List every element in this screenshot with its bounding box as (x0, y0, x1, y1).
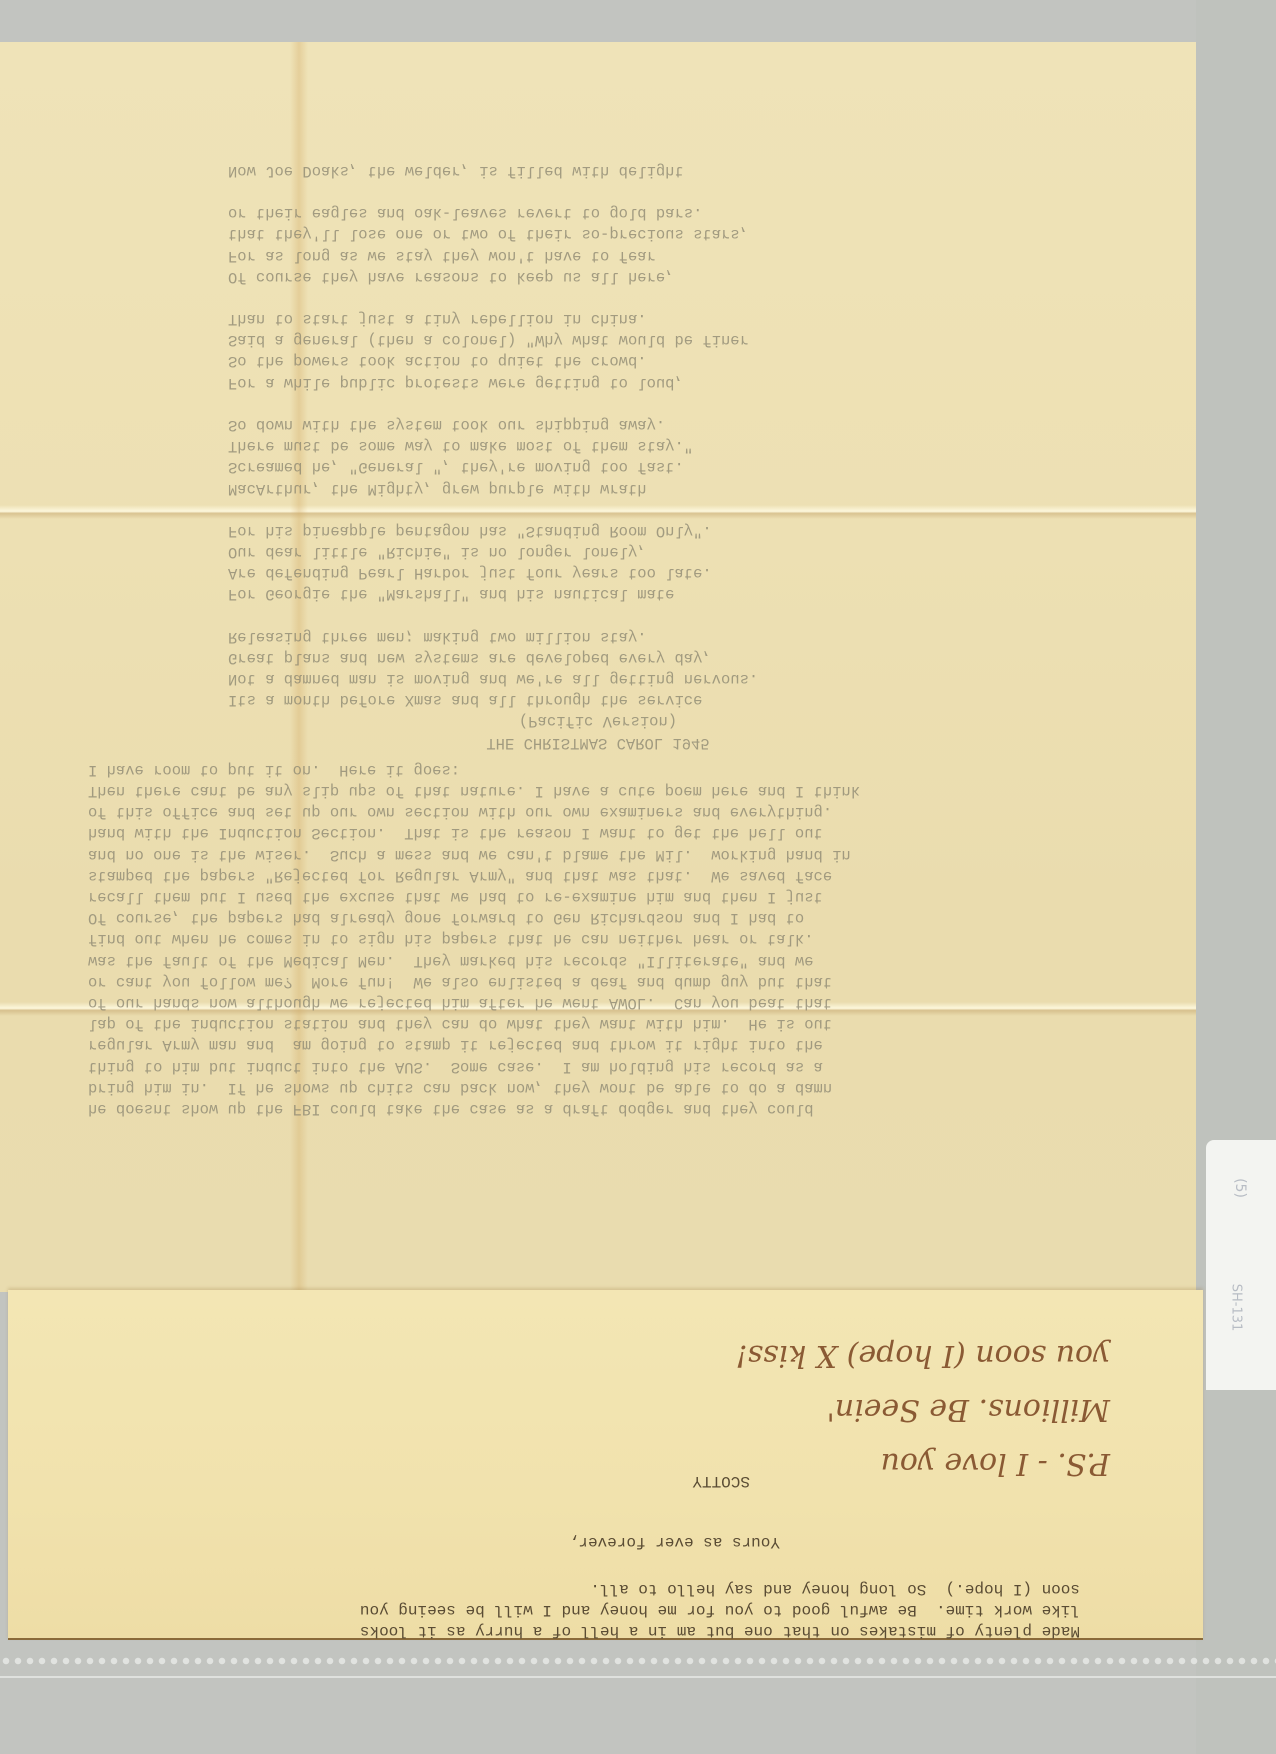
poem-line: For Georgie the "Marshall" and his nauti… (228, 583, 1108, 604)
poem-line: Are defending Pearl Harbor just four yea… (228, 562, 1108, 583)
poem-line: For as long as we stay they won't have t… (228, 245, 1108, 266)
poem-title: THE CHRISTMAS CAROL 1945 (88, 731, 1108, 752)
poem-line: Not a damned man is moving and we're all… (228, 668, 1108, 689)
letter-body: he doesnt show up the FBI could take the… (88, 759, 1108, 1119)
catalog-mark: SH-131 (1228, 1284, 1243, 1332)
archive-label: (5) SH-131 (1206, 1140, 1276, 1390)
handwriting-line: Millions. Be Seein' (690, 1382, 1110, 1436)
poem-line: So down with the system took our shippin… (228, 414, 1108, 435)
flap-line: soon (I hope.) So long honey and say hel… (120, 1578, 1080, 1599)
closing-line: Yours as ever forever, (120, 1531, 780, 1552)
flap-typed-text: Made plenty of mistakes on that one but … (120, 1470, 1080, 1641)
letter-line: he doesnt show up the FBI could take the… (88, 1098, 1108, 1119)
letter-line: hand with the Induction Section. That is… (88, 822, 1108, 843)
letter-line: recall them but I used the excuse that w… (88, 886, 1108, 907)
poem-line: Releasing three men; making two million … (228, 625, 1108, 646)
letter-line: was the fault of the Medical Men. They m… (88, 950, 1108, 971)
flap-line: Made plenty of mistakes on that one but … (120, 1620, 1080, 1641)
poem-line: So the powers took action to quiet the c… (228, 350, 1108, 371)
letter-line: regular Army man and am going to stamp i… (88, 1034, 1108, 1055)
poem-body: Its a month before Xmas and all through … (228, 160, 1108, 710)
poem-line: For his pineapple pentagon has "Standing… (228, 520, 1108, 541)
sleeve-edge (0, 1676, 1276, 1678)
letter-line: lap of the induction station and they ca… (88, 1013, 1108, 1034)
poem-line: MacArthur, the Mighty, grew purple with … (228, 477, 1108, 498)
poem-line: that they'll lose one or two of their so… (228, 223, 1108, 244)
letter-line: of this office and set up our own sectio… (88, 801, 1108, 822)
poem-line: There must be some way to make most of t… (228, 435, 1108, 456)
letter-line: and no one is the wiser. Such a mess and… (88, 843, 1108, 864)
page-number: (5) (1232, 1178, 1248, 1198)
poem-line: Its a month before Xmas and all through … (228, 689, 1108, 710)
letter-line: Then there cant be any slip ups of that … (88, 780, 1108, 801)
poem-line: Than to start just a tiny rebellion in c… (228, 308, 1108, 329)
flap-line: like work time. Be awful good to you for… (120, 1599, 1080, 1620)
poem-line: For a while public protests were getting… (228, 372, 1108, 393)
bleed-through-text: he doesnt show up the FBI could take the… (88, 160, 1108, 1119)
poem-line: Our dear little "Richie" is no longer lo… (228, 541, 1108, 562)
letter-line: find out when he comes in to sign his pa… (88, 928, 1108, 949)
letter-line: Of course, the papers had already gone f… (88, 907, 1108, 928)
letter-line: or cant you follow me? More fun! We also… (88, 971, 1108, 992)
handwriting-line: you soon (I hope) X kiss! (690, 1328, 1110, 1382)
poem-line: Of course they have reasons to keep us a… (228, 266, 1108, 287)
poem-line: or their eagles and oak-leaves revert to… (228, 202, 1108, 223)
letter-line: of our hands now although we rejected hi… (88, 992, 1108, 1013)
letter-line: thing to him but induct into the AUS. So… (88, 1056, 1108, 1077)
poem-line: Screamed he, "General ", they're moving … (228, 456, 1108, 477)
letter-line: stamped the papers "Rejected for Regular… (88, 865, 1108, 886)
handwritten-postscript: P.S. - I love you Millions. Be Seein' yo… (690, 1300, 1110, 1490)
signature: SCOTTY (120, 1470, 750, 1491)
poem-line: Now Joe Doaks, the welder, is filled wit… (228, 160, 1108, 181)
letter-line: bring him in. If he shows up chits can b… (88, 1077, 1108, 1098)
sleeve-background (1196, 0, 1276, 1754)
letter-line: I have room to put it on. Here it goes: (88, 759, 1108, 780)
poem-subtitle: (Pacific Version) (88, 710, 1108, 731)
poem-line: Said a general (then a colonel) "Why wha… (228, 329, 1108, 350)
poem-line: Great plans and new systems are develope… (228, 647, 1108, 668)
sleeve-perforation (0, 1653, 1276, 1669)
